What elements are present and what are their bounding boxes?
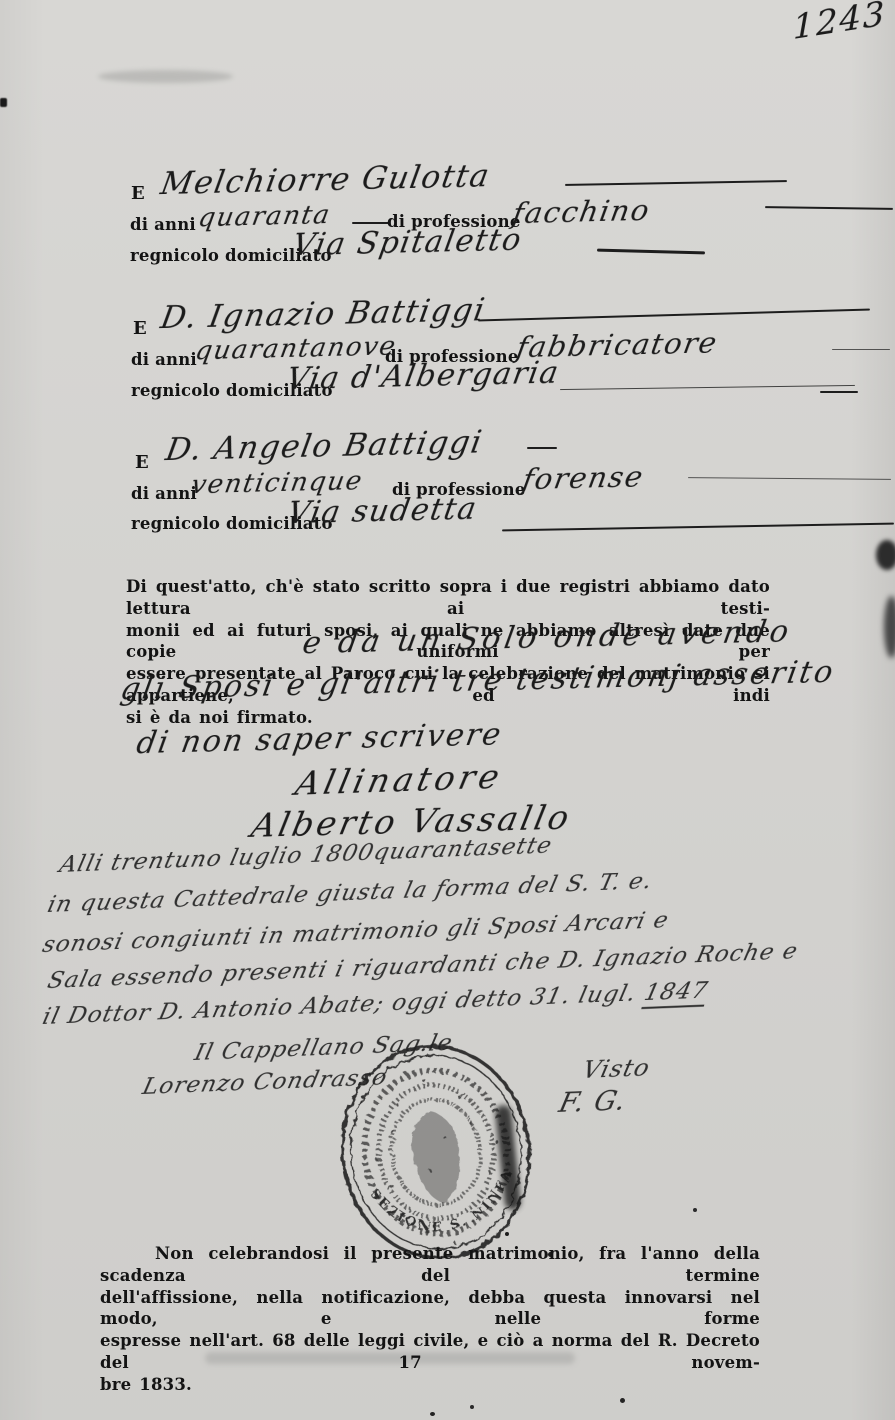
closing-line: Di quest'atto, ch'è stato scritto sopra … bbox=[126, 576, 770, 620]
visto-initials: F. G. bbox=[556, 1085, 630, 1119]
ink-stroke bbox=[565, 180, 787, 186]
entry-prefix: E bbox=[135, 452, 149, 473]
profession-handwritten: forense bbox=[520, 459, 647, 496]
ink-speck bbox=[620, 1398, 625, 1403]
footer-line: dell'affissione, nella notificazione, de… bbox=[100, 1287, 760, 1331]
footer-paragraph: Non celebrandosi il presente matrimonio,… bbox=[100, 1243, 760, 1396]
ink-stroke bbox=[502, 523, 894, 532]
ink-stroke bbox=[560, 385, 855, 391]
entry-prefix: E bbox=[133, 318, 147, 339]
official-stamp: SEZIONE S. NINFA bbox=[320, 1026, 553, 1280]
ink-stroke bbox=[765, 206, 893, 209]
page-number: 1243 bbox=[792, 0, 886, 48]
ink-stroke bbox=[352, 222, 390, 224]
age-label: di anni bbox=[131, 350, 197, 369]
bleedthrough-smudge bbox=[98, 70, 233, 83]
age-label: di anni bbox=[131, 484, 197, 503]
footer-line: Non celebrandosi il presente matrimonio,… bbox=[100, 1243, 760, 1287]
ink-stroke bbox=[478, 309, 870, 322]
ink-speck bbox=[470, 1405, 474, 1409]
residence-handwritten: Via Spitaletto bbox=[290, 222, 525, 263]
footer-line: espresse nell'art. 68 delle leggi civile… bbox=[100, 1330, 760, 1374]
visto-note: Visto bbox=[580, 1053, 653, 1084]
entry-name-handwritten: Melchiorre Gulotta bbox=[158, 158, 493, 202]
ink-stroke bbox=[832, 349, 890, 350]
age-label: di anni bbox=[130, 215, 196, 234]
entry-name-handwritten: D. Ignazio Battiggi bbox=[158, 292, 489, 336]
residence-handwritten: Via d'Albergaria bbox=[284, 355, 562, 397]
ink-stroke bbox=[597, 249, 705, 255]
scan-edge-blob bbox=[884, 596, 895, 658]
scanned-document-page: 1243 E Melchiorre Gulotta di anni quaran… bbox=[0, 0, 895, 1420]
footer-line: bre 1833. bbox=[100, 1374, 760, 1396]
ink-speck bbox=[693, 1208, 697, 1212]
ink-stroke bbox=[688, 477, 891, 480]
scan-edge-blob bbox=[876, 540, 895, 570]
ink-stroke bbox=[820, 391, 858, 393]
residence-handwritten: Via sudetta bbox=[285, 491, 480, 531]
ink-speck bbox=[0, 98, 7, 107]
stamp-center-blob bbox=[406, 1107, 467, 1207]
entry-name-handwritten: D. Angelo Battiggi bbox=[163, 424, 486, 468]
signature-official: Allinatore bbox=[292, 757, 507, 803]
ink-stroke bbox=[527, 447, 557, 449]
annotation-year: 1847 bbox=[641, 978, 711, 1009]
profession-handwritten: facchino bbox=[510, 193, 653, 230]
ink-speck bbox=[430, 1412, 435, 1416]
entry-prefix: E bbox=[131, 183, 145, 204]
